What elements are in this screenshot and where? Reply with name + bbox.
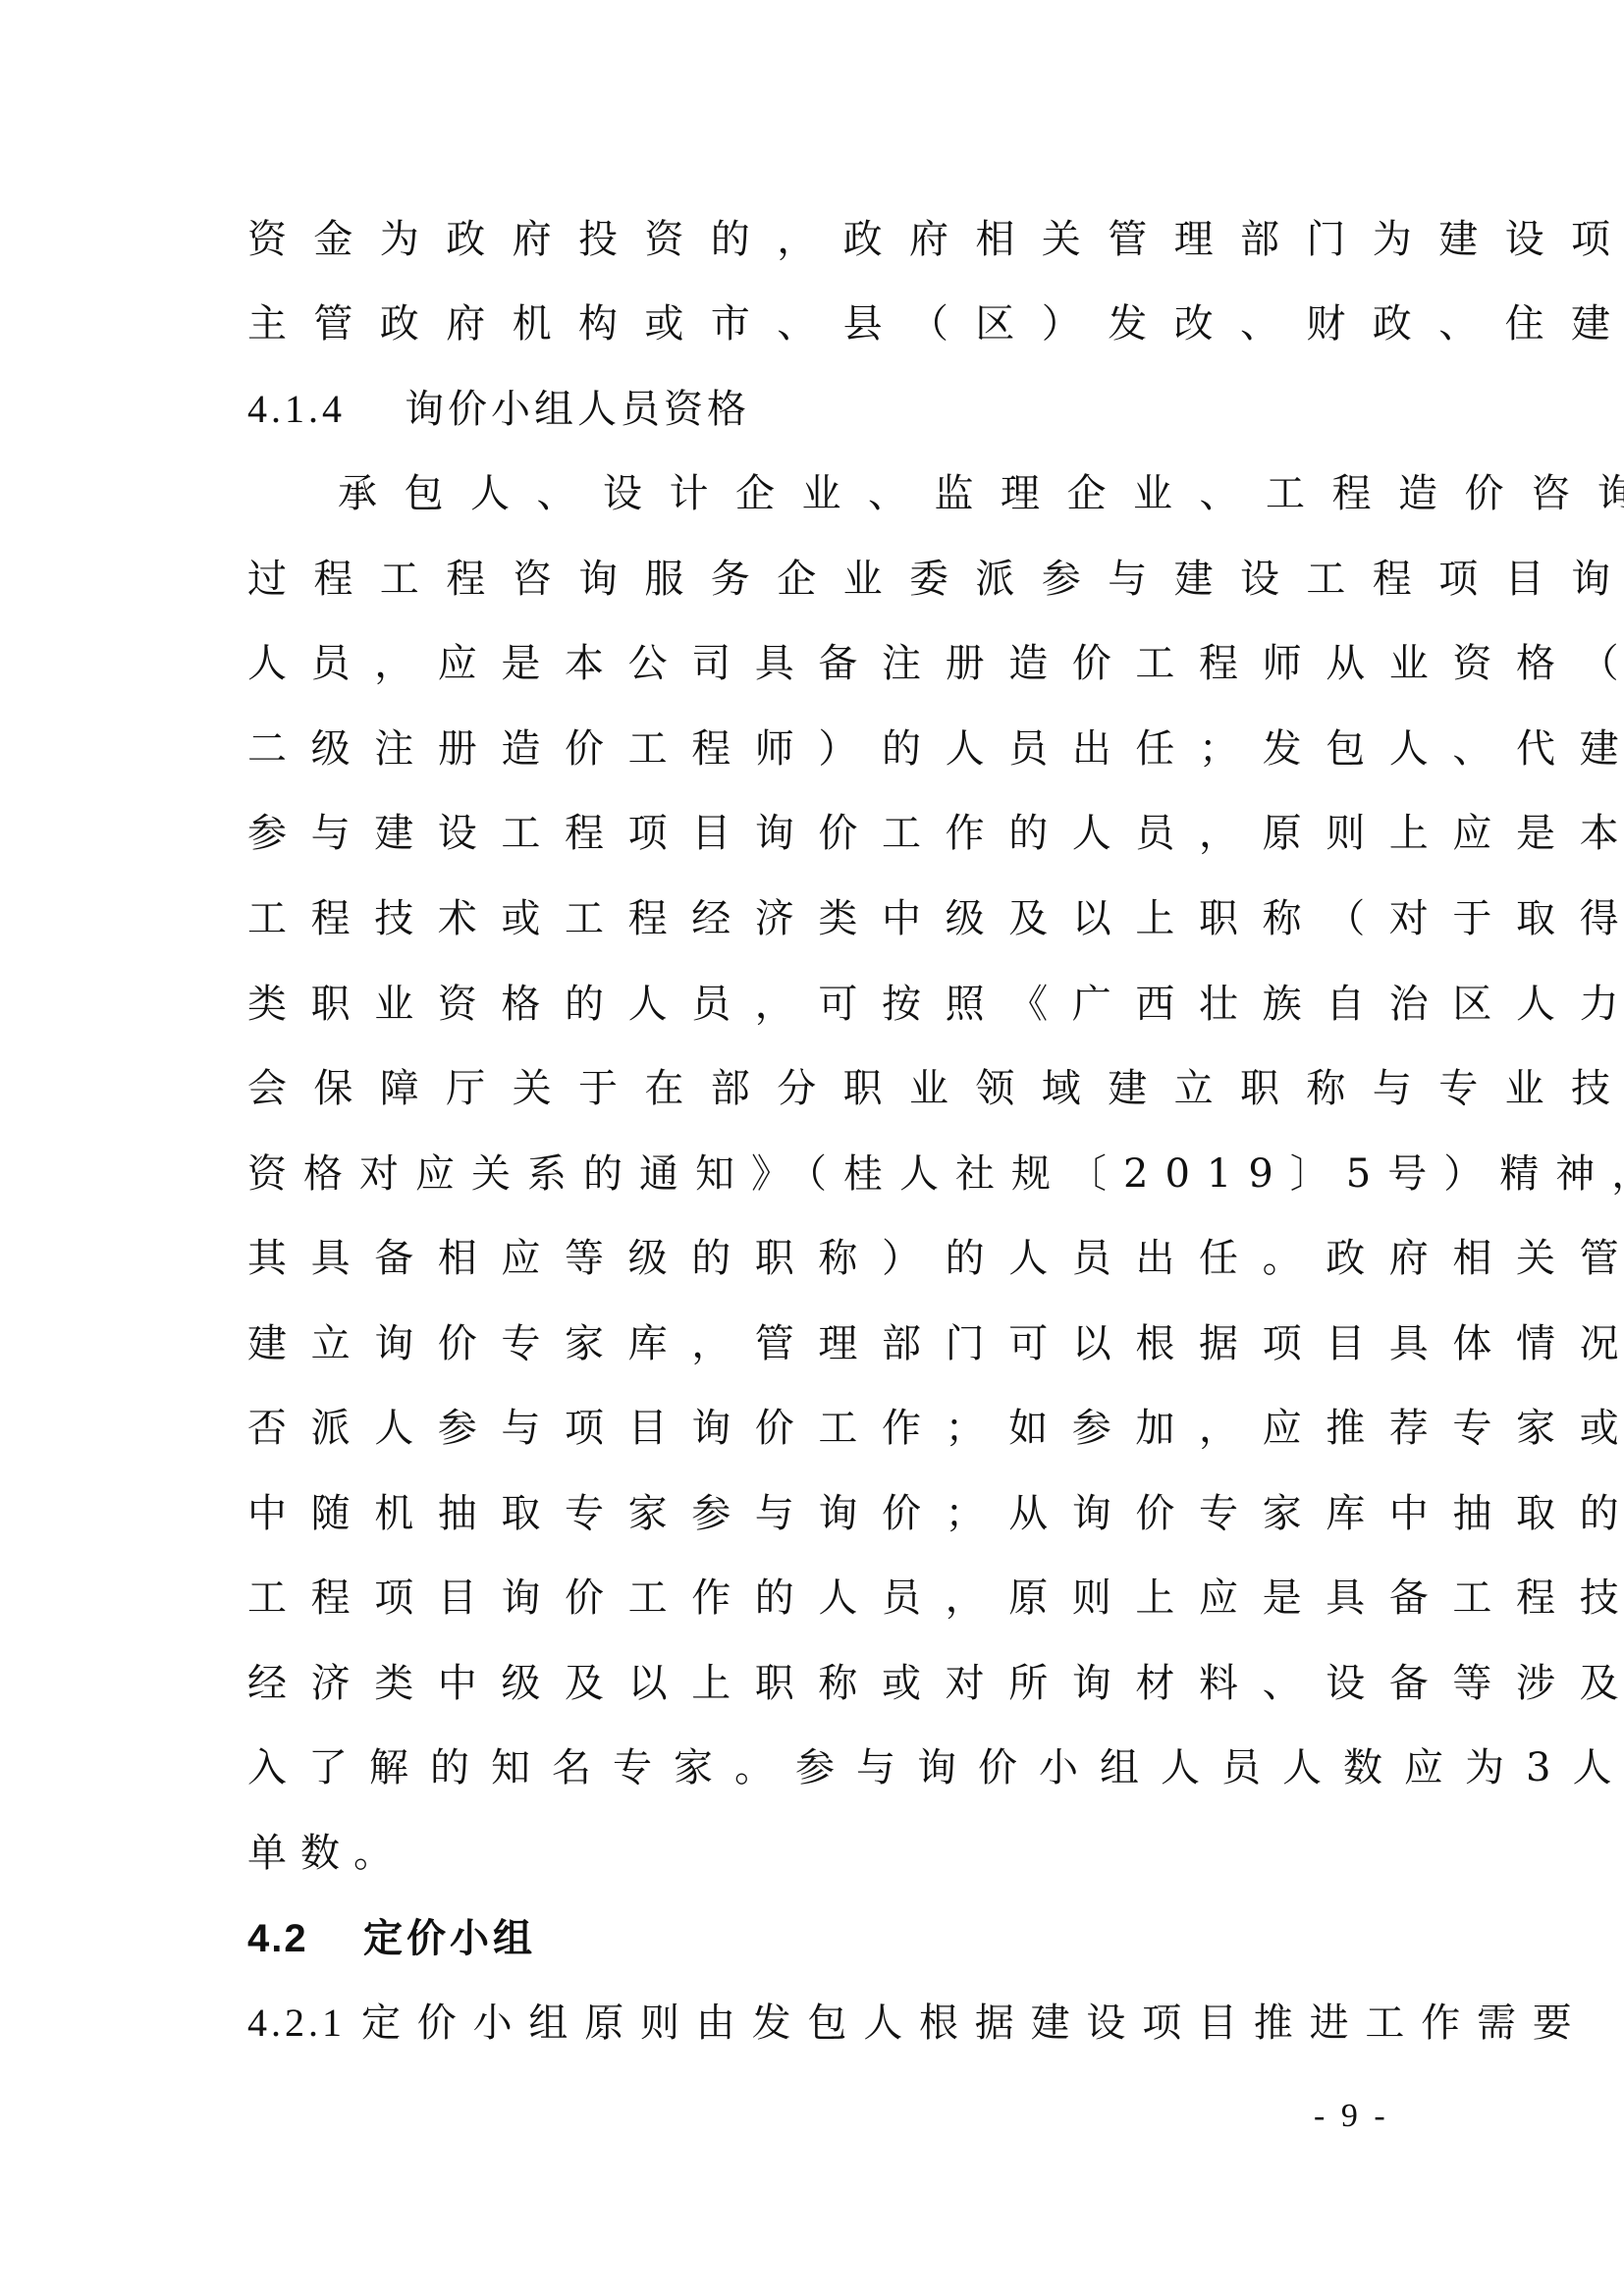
- body-text-line: 会保障厅关于在部分职业领域建立职称与专业技术类职业: [247, 1059, 1379, 1118]
- section-heading-4-2-1: 4.2.1定价小组原则由发包人根据建设项目推进工作需要: [247, 1994, 1379, 2053]
- body-text-line: 资格对应关系的通知》（桂人社规〔2019〕5号）精神，认定: [247, 1145, 1379, 1203]
- section-heading-4-1-4: 4.1.4询价小组人员资格: [247, 380, 1379, 439]
- body-text-line: 资金为政府投资的，政府相关管理部门为建设项目发包人的: [247, 210, 1379, 269]
- body-text-line: 其具备相应等级的职称）的人员出任。政府相关管理部门应: [247, 1229, 1379, 1288]
- page-number: - 9 -: [1314, 2097, 1389, 2136]
- section-text: 定价小组原则由发包人根据建设项目推进工作需要: [361, 1994, 1589, 2053]
- body-text-line: 承包人、设计企业、监理企业、工程造价咨询企业及全: [247, 464, 1469, 523]
- body-text-line: 工程技术或工程经济类中级及以上职称（对于取得专业技术: [247, 889, 1379, 948]
- body-text-line: 中随机抽取专家参与询价；从询价专家库中抽取的参与建设: [247, 1484, 1379, 1543]
- section-title: 定价小组: [363, 1909, 536, 1968]
- body-text-line: 参与建设工程项目询价工作的人员，原则上应是本单位具备: [247, 804, 1379, 863]
- body-text-line: 类职业资格的人员，可按照《广西壮族自治区人力资源和社: [247, 975, 1379, 1034]
- body-text-line: 单数。: [247, 1824, 1379, 1883]
- section-heading-4-2: 4.2定价小组: [247, 1909, 1379, 1968]
- body-text-line: 人员，应是本公司具备注册造价工程师从业资格（含一级、: [247, 634, 1379, 693]
- body-text-line: 主管政府机构或市、县（区）发改、财政、住建等管理部门。: [247, 294, 1379, 353]
- body-text-line: 工程项目询价工作的人员，原则上应是具备工程技术或工程: [247, 1569, 1379, 1628]
- body-text-line: 过程工程咨询服务企业委派参与建设工程项目询价工作的: [247, 550, 1379, 609]
- section-number: 4.2: [247, 1909, 363, 1968]
- body-text-line: 经济类中级及以上职称或对所询材料、设备等涉及行业有深: [247, 1654, 1379, 1713]
- document-page: 资金为政府投资的，政府相关管理部门为建设项目发包人的 主管政府机构或市、县（区）…: [0, 0, 1624, 2296]
- section-title: 询价小组人员资格: [405, 380, 750, 439]
- section-number: 4.1.4: [247, 380, 405, 439]
- body-text-line: 否派人参与项目询价工作；如参加，应推荐专家或从专家库: [247, 1399, 1379, 1458]
- body-text-line: 二级注册造价工程师）的人员出任；发包人、代建单位委派: [247, 720, 1379, 778]
- body-text-line: 入了解的知名专家。参与询价小组人员人数应为3人及以上: [247, 1738, 1379, 1797]
- body-text-line: 建立询价专家库，管理部门可以根据项目具体情况，确定是: [247, 1314, 1379, 1373]
- section-number: 4.2.1: [247, 1994, 361, 2053]
